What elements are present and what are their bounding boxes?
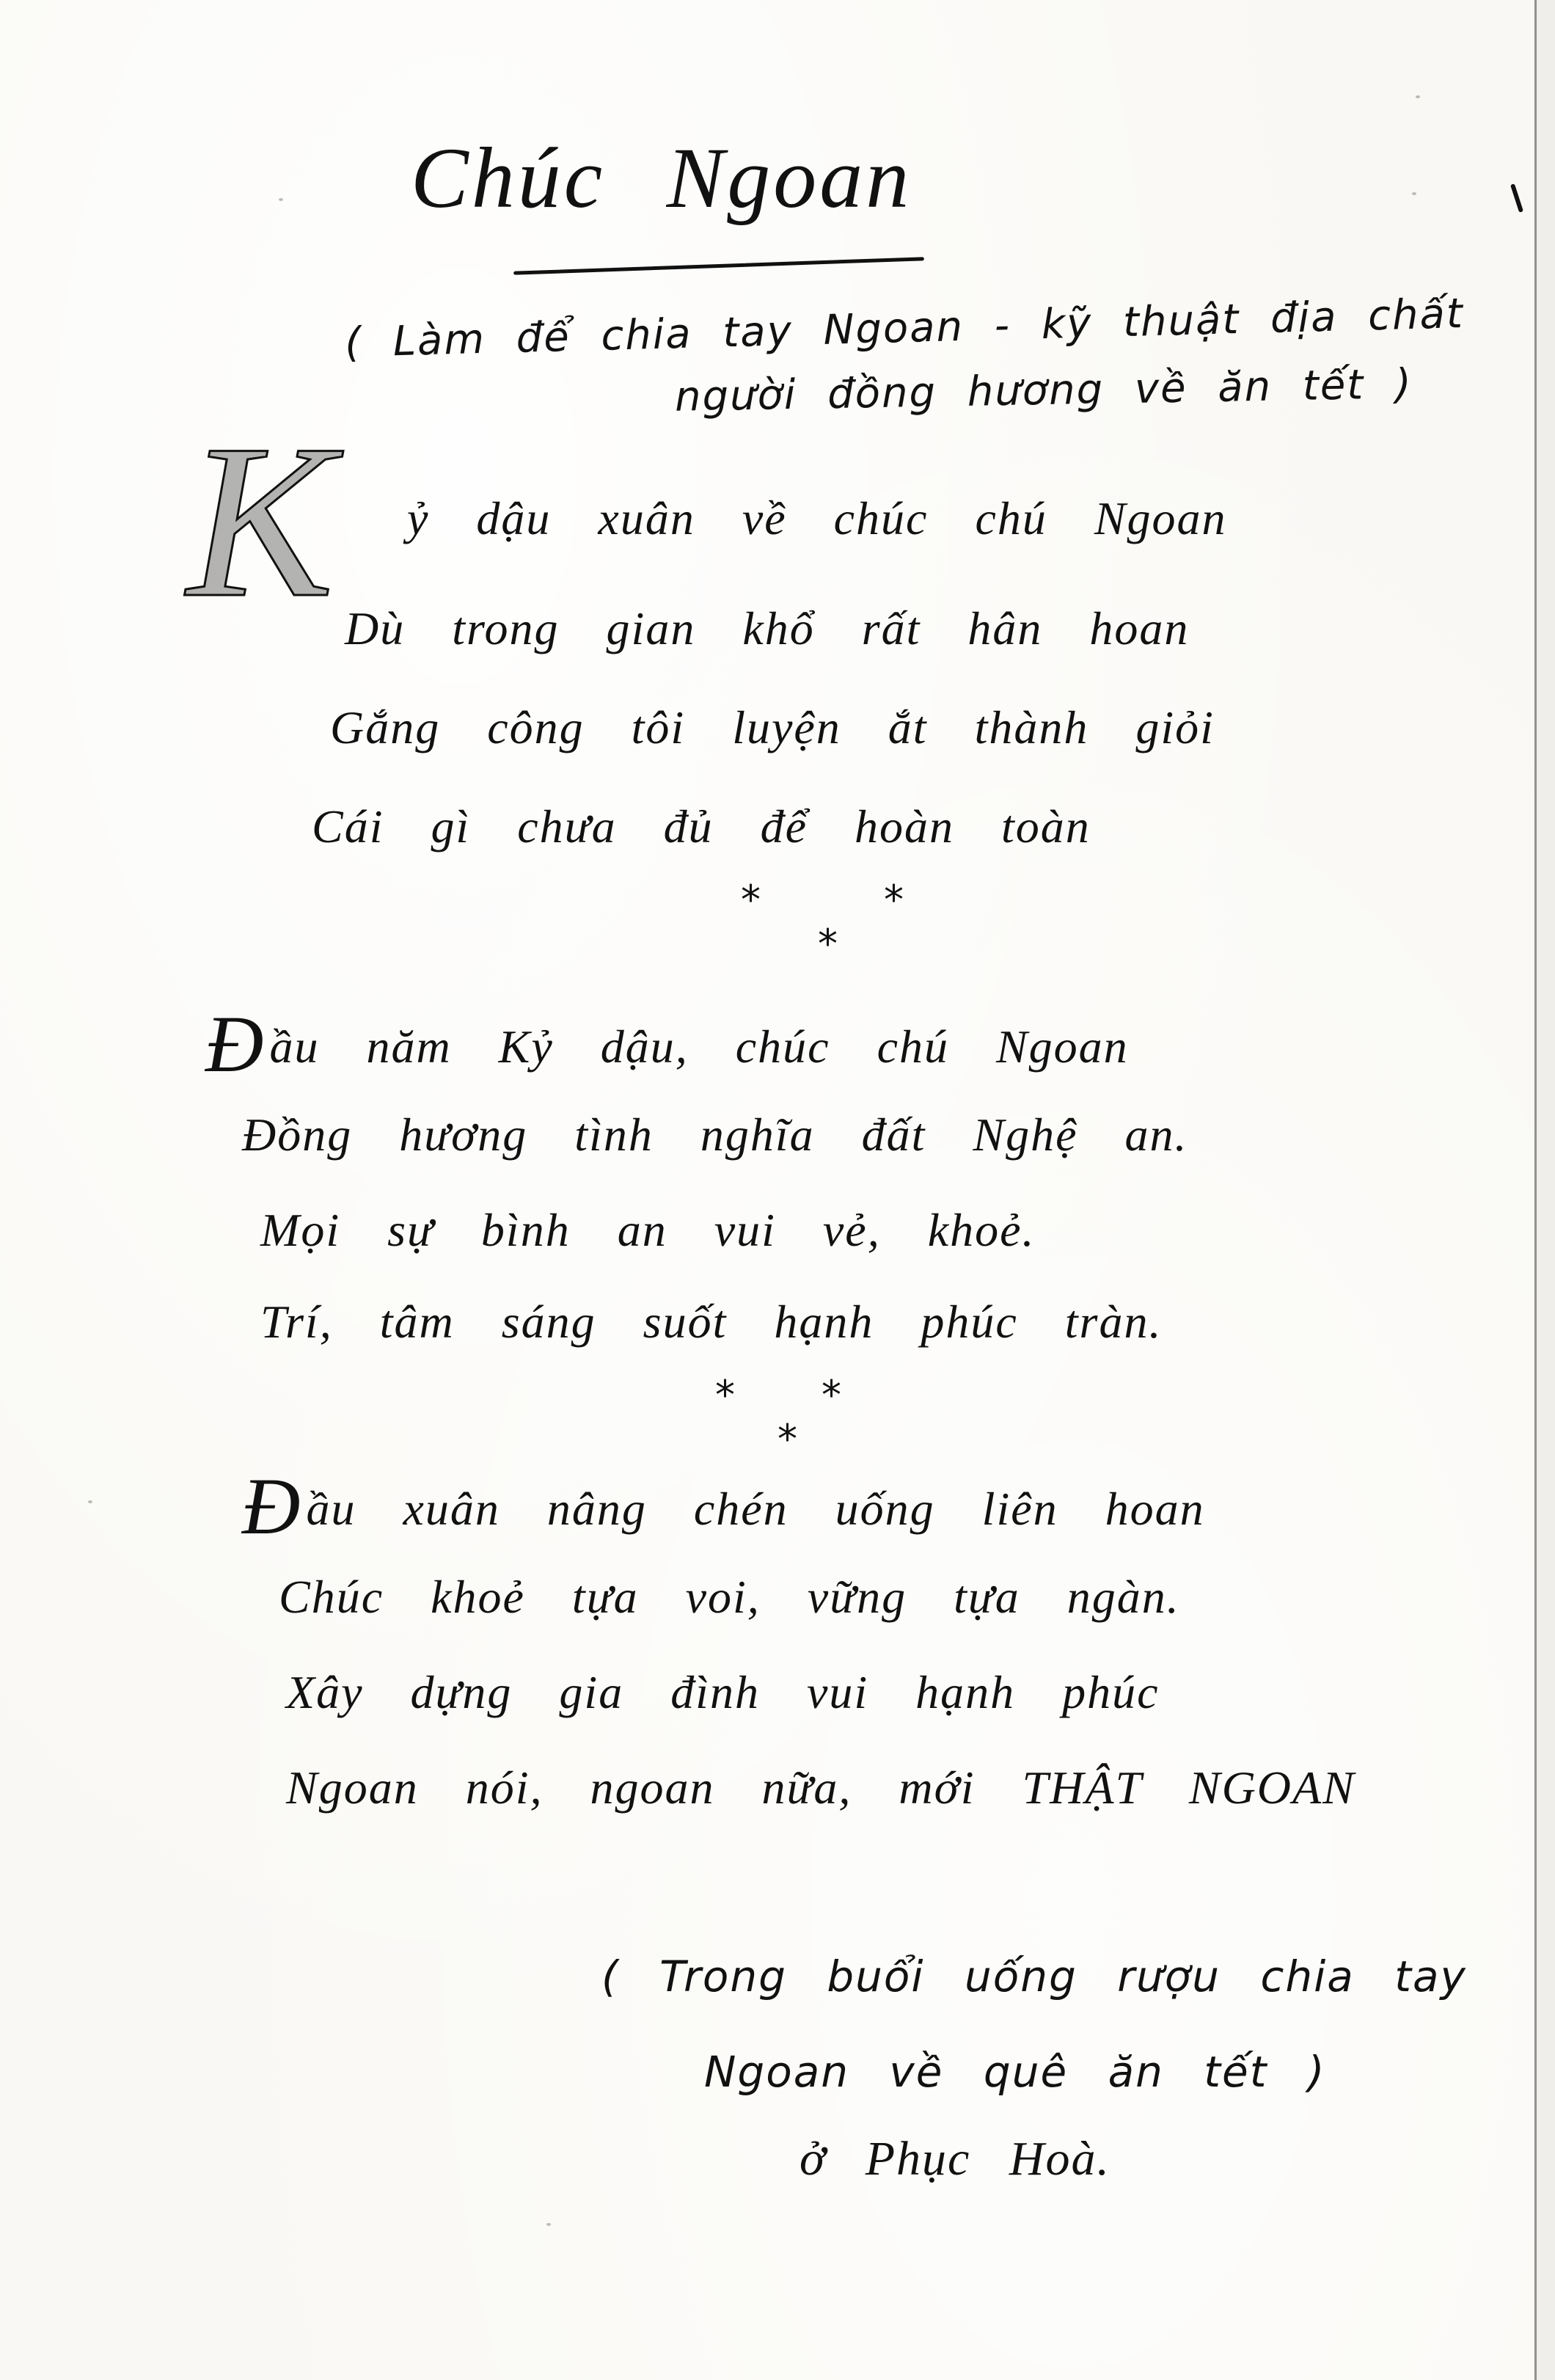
stanza-1-line-4: Cái gì chưa đủ để hoàn toàn (312, 800, 1091, 854)
paper-sheet (0, 0, 1533, 2380)
page-edge-line (1534, 0, 1537, 2380)
stanza-2-line-4: Trí, tâm sáng suốt hạnh phúc tràn. (260, 1295, 1162, 1349)
closing-note-line-2: Ngoan về quê ăn tết ) (704, 2047, 1326, 2097)
paper-speck (1416, 95, 1420, 98)
dropcap-k: K (187, 411, 334, 631)
star-separator-icon: * (741, 877, 761, 923)
stanza-3-line-2: Chúc khoẻ tựa voi, vững tựa ngàn. (279, 1570, 1180, 1624)
stanza-1-line-2: Dù trong gian khổ rất hân hoan (345, 602, 1189, 656)
dropcap-d: Đ (242, 1461, 301, 1551)
stanza-3-line-4: Ngoan nói, ngoan nữa, mới THẬT NGOAN (286, 1761, 1355, 1815)
stanza-2-line-2: Đồng hương tình nghĩa đất Nghệ an. (242, 1108, 1188, 1162)
closing-note-line-3: ở Phục Hoà. (800, 2131, 1111, 2187)
poem-title: Chúc Ngoan (411, 128, 912, 228)
star-separator-icon: * (715, 1372, 735, 1418)
dropcap-d: Đ (205, 999, 265, 1089)
stanza-2-line-3: Mọi sự bình an vui vẻ, khoẻ. (260, 1203, 1036, 1257)
stanza-1-line-3: Gắng công tôi luyện ắt thành giỏi (330, 701, 1215, 755)
paper-speck (546, 2223, 551, 2226)
closing-note-line-1: ( Trong buổi uống rượu chia tay (601, 1952, 1467, 2001)
paper-speck (279, 198, 283, 201)
paper-speck (88, 1500, 92, 1503)
star-separator-icon: * (884, 877, 904, 923)
stanza-1-line-1: ỷ dậu xuân về chúc chú Ngoan (407, 492, 1227, 546)
star-separator-icon: * (818, 921, 838, 967)
stanza-3-line-3: Xây dựng gia đình vui hạnh phúc (286, 1665, 1160, 1720)
star-separator-icon: * (822, 1372, 841, 1418)
stanza-3-line-1: Đầu xuân nâng chén uống liên hoan (242, 1460, 1205, 1553)
paper-speck (1412, 192, 1416, 195)
page-margin (1537, 0, 1555, 2380)
star-separator-icon: * (777, 1416, 797, 1462)
stanza-2-line-1: Đầu năm Kỷ dậu, chúc chú Ngoan (205, 998, 1129, 1091)
